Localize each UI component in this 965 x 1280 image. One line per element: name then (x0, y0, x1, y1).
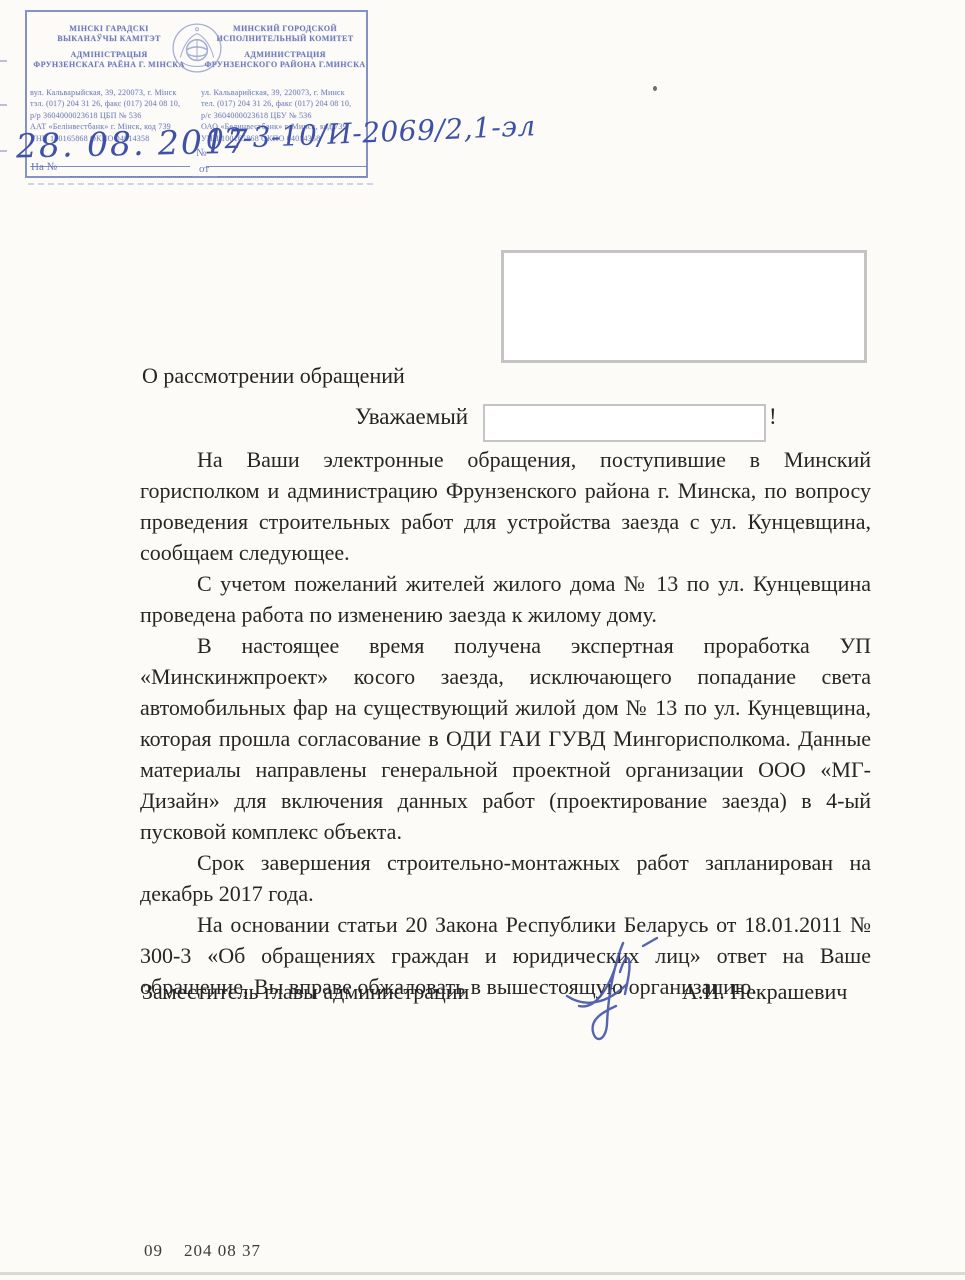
greeting-exclamation: ! (769, 404, 777, 430)
from-label: от (199, 163, 209, 175)
address-line: ул. Кальварийская, 39, 220073, г. Минск (201, 87, 368, 98)
scan-edge-mark (0, 60, 7, 62)
signer-title: Заместитель главы администрации (142, 979, 469, 1005)
subject-line: О рассмотрении обращений (142, 363, 405, 389)
address-line: р/р 3604000023618 ЦБП № 536 (30, 110, 195, 121)
scan-edge-mark (0, 104, 7, 106)
redacted-name-box (483, 404, 766, 442)
org-line: АДМІНІСТРАЦЫЯ (30, 50, 188, 60)
paragraph: С учетом пожеланий жителей жилого дома №… (140, 568, 871, 630)
reply-to-label: На № (31, 161, 57, 173)
org-name-belarusian: МІНСКІ ГАРАДСКІ ВЫКАНАЎЧЫ КАМІТЭТ АДМІНІ… (30, 24, 188, 70)
paragraph: В настоящее время получена экспертная пр… (140, 630, 871, 847)
number-sign-label: № (196, 147, 207, 159)
address-line: вул. Кальварыйская, 39, 220073, г. Мінск (30, 87, 195, 98)
state-emblem-icon (171, 21, 223, 75)
scanned-letter-page: МІНСКІ ГАРАДСКІ ВЫКАНАЎЧЫ КАМІТЭТ АДМІНІ… (0, 0, 965, 1280)
scan-bottom-edge (0, 1272, 965, 1275)
signer-name: А.И. Некрашевич (682, 979, 847, 1005)
org-line: АДМИНИСТРАЦИЯ (204, 50, 366, 60)
reply-to-underline (70, 176, 192, 177)
address-line: тэл. (017) 204 31 26, факс (017) 204 08 … (30, 98, 195, 109)
from-underline (218, 176, 366, 177)
redacted-address-box (501, 250, 867, 363)
number-underline (206, 166, 367, 167)
letter-body: На Ваши электронные обращения, поступивш… (140, 444, 871, 1002)
handwritten-signature-icon (563, 932, 665, 1046)
org-line: ФРУНЗЕНСКАГА РАЁНА Г. МІНСКА (30, 60, 188, 70)
paragraph: Срок завершения строительно-монтажных ра… (140, 847, 871, 909)
scan-edge-mark (0, 150, 7, 152)
stamp-ghost-line (28, 183, 373, 185)
org-line: МИНСКИЙ ГОРОДСКОЙ (204, 24, 366, 34)
org-line: МІНСКІ ГАРАДСКІ (30, 24, 188, 34)
org-name-russian: МИНСКИЙ ГОРОДСКОЙ ИСПОЛНИТЕЛЬНЫЙ КОМИТЕТ… (204, 24, 366, 70)
org-line: ФРУНЗЕНСКОГО РАЙОНА Г.МИНСКА (204, 60, 366, 70)
paragraph: На Ваши электронные обращения, поступивш… (140, 444, 871, 568)
address-line: тел. (017) 204 31 26, факс (017) 204 08 … (201, 98, 368, 109)
scan-artifact-dot (653, 86, 657, 91)
footer-code: 09 204 08 37 (144, 1241, 261, 1261)
org-line: ИСПОЛНИТЕЛЬНЫЙ КОМИТЕТ (204, 34, 366, 44)
greeting-text: Уважаемый (355, 404, 468, 430)
org-line: ВЫКАНАЎЧЫ КАМІТЭТ (30, 34, 188, 44)
